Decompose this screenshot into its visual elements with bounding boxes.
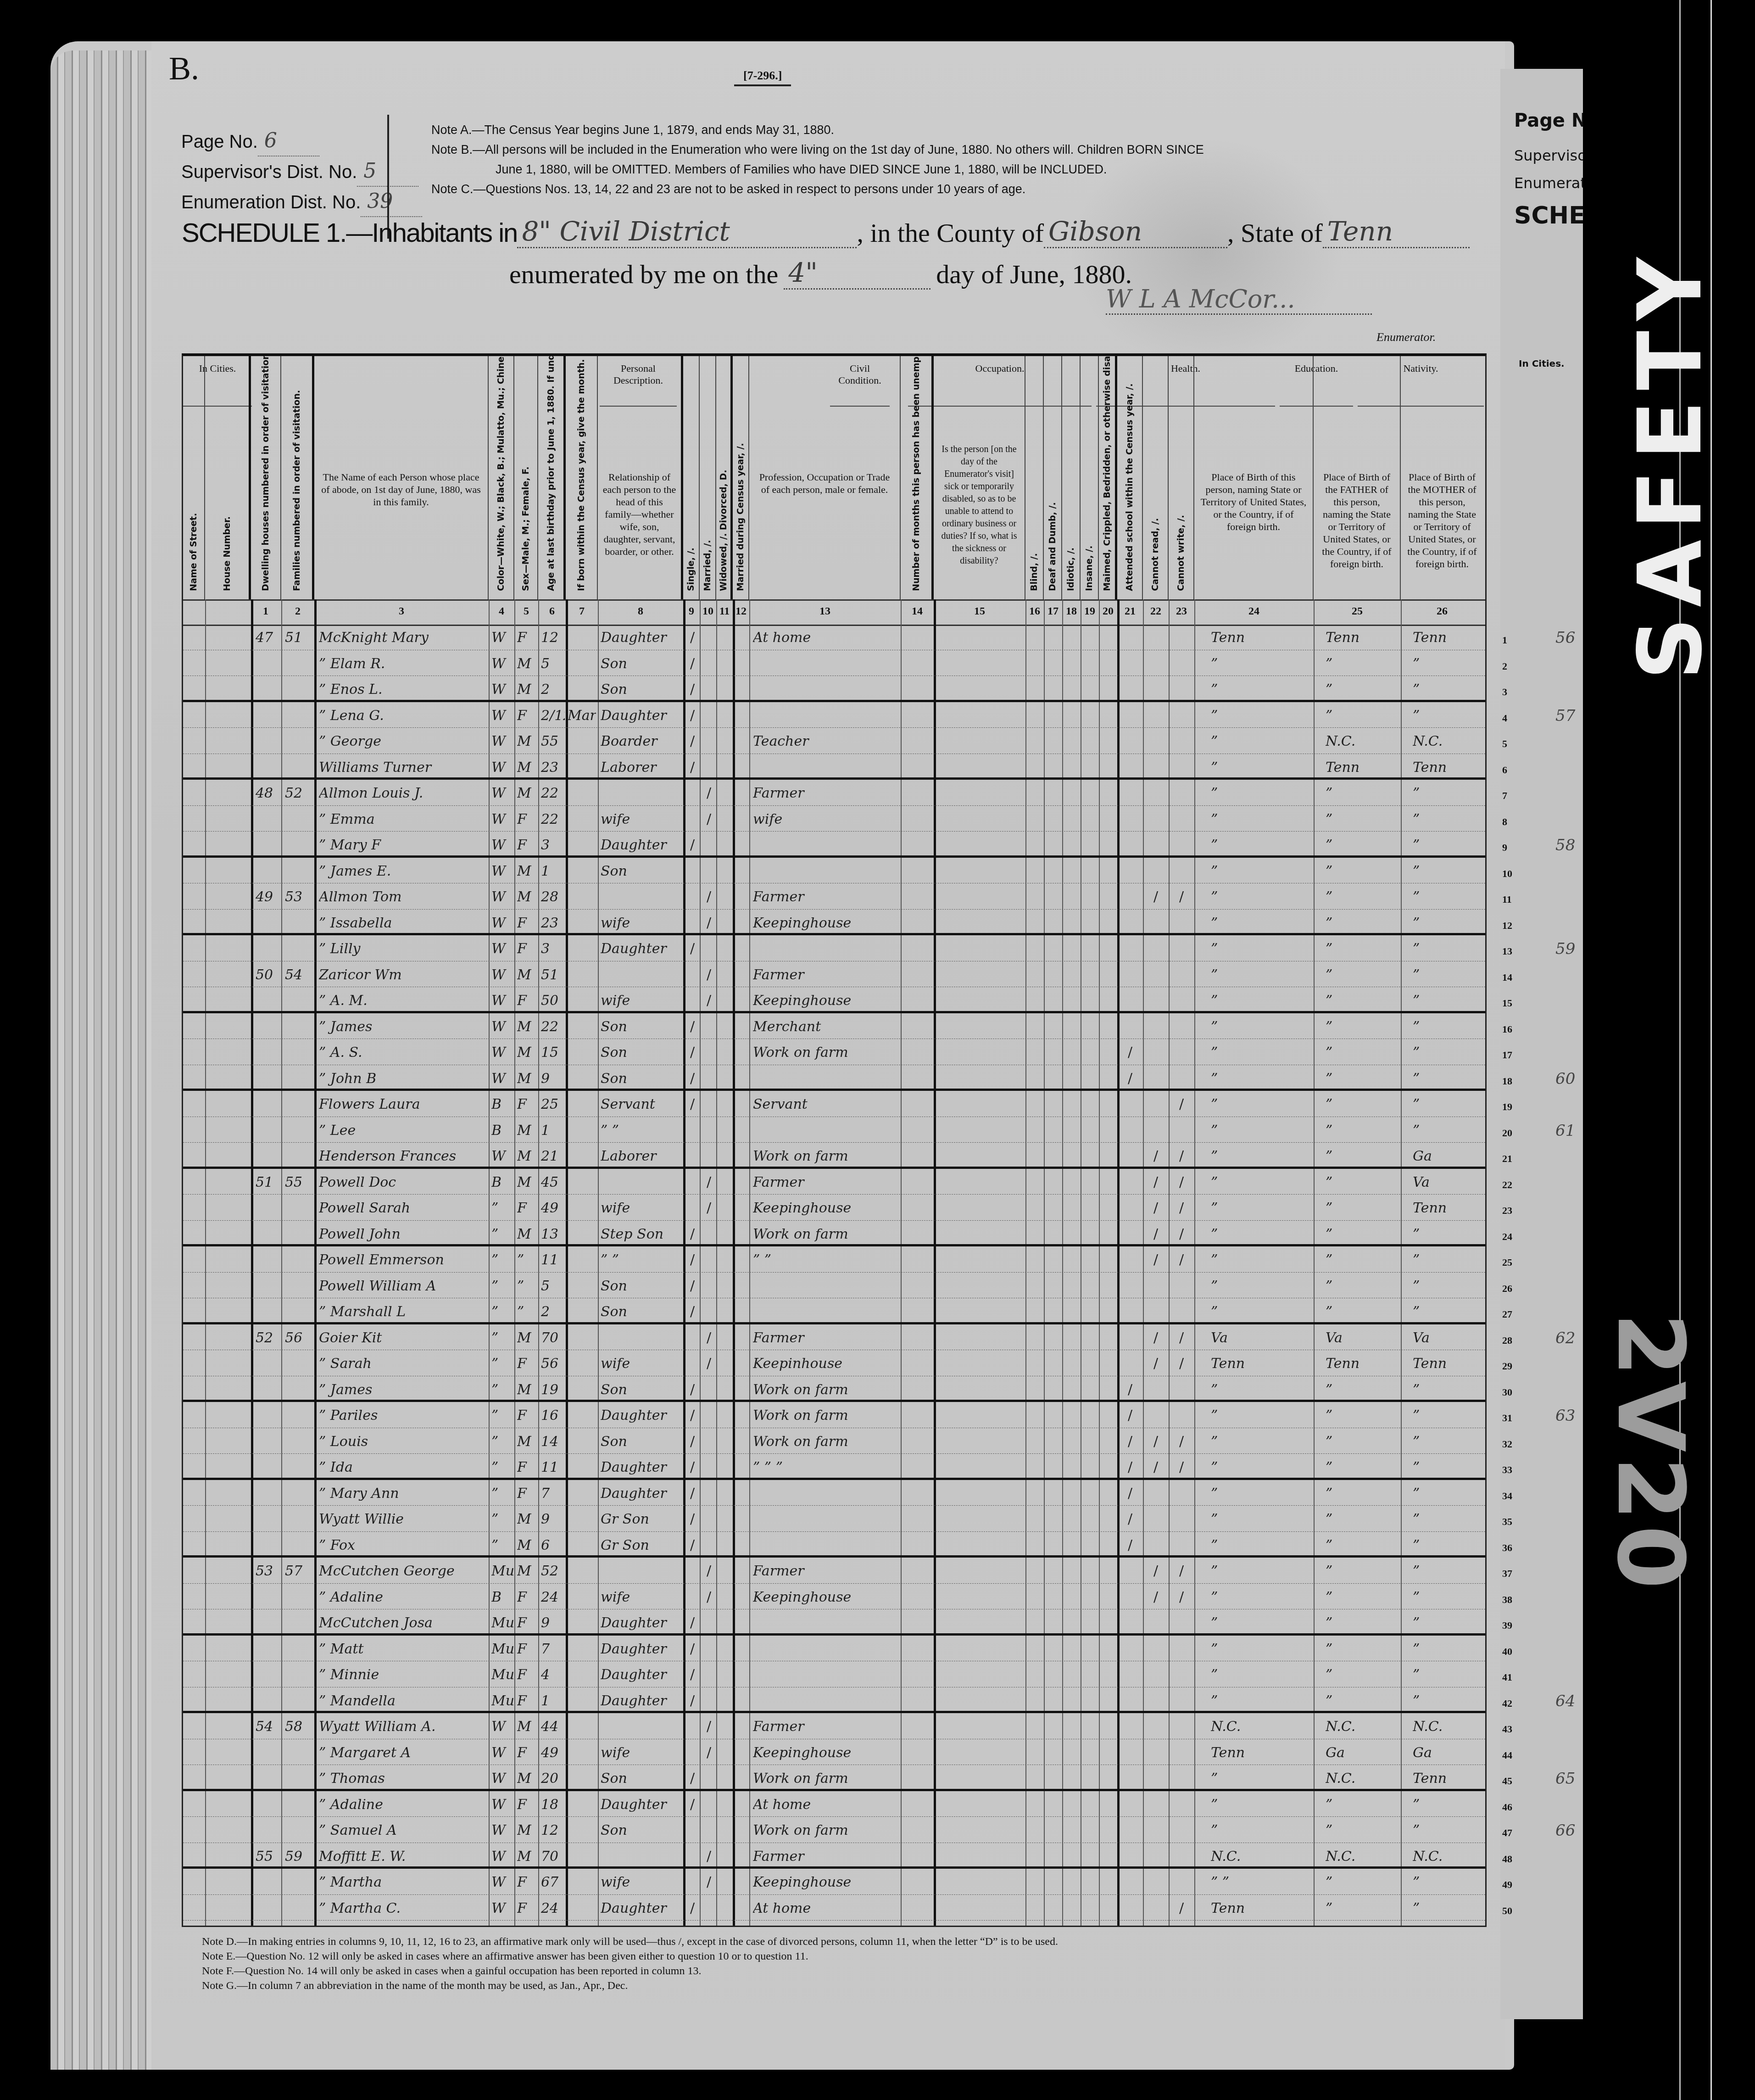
cell-birth: Tenn	[1211, 1356, 1303, 1372]
adj-dwelling-number: 61	[1555, 1122, 1575, 1140]
table-row: ” Marshall L””2Son/”””27	[183, 1298, 1485, 1324]
cell-name: Henderson Frances	[319, 1148, 487, 1164]
cell-relation: Daughter	[601, 1900, 681, 1916]
adj-dwelling-number: 63	[1555, 1407, 1575, 1425]
col-unemployed-header: Number of months this person has been un…	[911, 356, 921, 591]
cell-mother: ”	[1413, 1071, 1482, 1087]
table-row: Powell John”M13Step Son/Work on farm//””…	[183, 1221, 1485, 1247]
adj-dwelling-number: 58	[1555, 836, 1575, 855]
cell-birth: ”	[1211, 1615, 1303, 1631]
cell-color: Mu	[491, 1641, 513, 1657]
cell-color: ”	[491, 1434, 513, 1450]
table-row: ” Mary Ann”F7Daughter//”””34	[183, 1480, 1485, 1506]
table-row: ” Enos L.WM2Son/”””3	[183, 676, 1485, 702]
cell-single: /	[686, 1044, 699, 1061]
cell-family: 52	[285, 785, 312, 801]
cell-age: 20	[541, 1770, 565, 1787]
table-row: Powell Emmerson””11” ”/” ”//”””25	[183, 1246, 1485, 1273]
adj-line-number: 32	[1502, 1438, 1512, 1450]
cell-mother: ”	[1413, 1693, 1482, 1709]
cell-family: 58	[285, 1719, 312, 1735]
cell-mother: ”	[1413, 1252, 1482, 1268]
cell-age: 19	[541, 1382, 565, 1398]
cell-age: 12	[541, 630, 565, 646]
cell-name: ” Matt	[319, 1641, 487, 1657]
cell-mother: Tenn	[1413, 630, 1482, 646]
cell-relation: Daughter	[601, 837, 681, 853]
cell-mother: ”	[1413, 785, 1482, 801]
adj-dwelling-number: 56	[1555, 629, 1575, 647]
cell-birth: ”	[1211, 811, 1303, 827]
col-num-26: 26	[1433, 605, 1451, 618]
cell-school: /	[1121, 1434, 1139, 1450]
cell-family: 53	[285, 889, 312, 905]
cell-name: Wyatt William A.	[319, 1719, 487, 1735]
cell-married: /	[702, 785, 715, 801]
cell-color: W	[491, 1071, 513, 1087]
cell-sex: M	[517, 1226, 537, 1242]
cell-single: /	[686, 1641, 699, 1657]
cell-family: 57	[285, 1563, 312, 1579]
cell-birth: Tenn	[1211, 630, 1303, 646]
cell-single: /	[686, 941, 699, 957]
col-num-14: 14	[908, 605, 926, 618]
col-maimed-header: Maimed, Crippled, Bedridden, or otherwis…	[1102, 356, 1112, 591]
table-row: ” John BWM9Son//”””18	[183, 1065, 1485, 1091]
cell-name: ” A. S.	[319, 1044, 487, 1061]
cell-school: /	[1121, 1511, 1139, 1527]
cell-mother: ”	[1413, 1096, 1482, 1112]
cell-single: /	[686, 1407, 699, 1424]
cell-name: ” Mandella	[319, 1693, 487, 1709]
cell-color: ”	[491, 1537, 513, 1553]
col-num-12: 12	[733, 605, 749, 618]
cell-mother: ”	[1413, 1615, 1482, 1631]
table-row: Williams TurnerWM23Laborer/”TennTenn6	[183, 754, 1485, 780]
instruction-notes: Note A.—The Census Year begins June 1, 1…	[431, 120, 1204, 199]
cell-mother: Ga	[1413, 1745, 1482, 1761]
cell-sex: M	[517, 1123, 537, 1139]
cell-occupation: Farmer	[753, 889, 899, 905]
cell-color: W	[491, 811, 513, 827]
cell-relation: Son	[601, 1822, 681, 1838]
cell-birth: ”	[1211, 681, 1303, 698]
cell-color: W	[491, 941, 513, 957]
adj-line-number: 1	[1502, 634, 1507, 646]
cell-mother: Ga	[1413, 1148, 1482, 1164]
cell-single: /	[686, 708, 699, 724]
note-g: Note G.—In column 7 an abbreviation in t…	[202, 1978, 1058, 1993]
table-row: ” Samuel AWM12SonWork on farm”””47	[183, 1817, 1485, 1843]
cell-color: ”	[491, 1304, 513, 1320]
cell-mother: ”	[1413, 915, 1482, 931]
cell-mother: ”	[1413, 1589, 1482, 1605]
cell-father: ”	[1326, 1900, 1399, 1916]
cell-birth: ”	[1211, 1200, 1303, 1216]
cell-age: 7	[541, 1486, 565, 1502]
cell-occupation: At home	[753, 630, 899, 646]
cell-mother: ”	[1413, 1537, 1482, 1553]
cell-father: ”	[1326, 1123, 1399, 1139]
adj-line-number: 17	[1502, 1049, 1512, 1061]
cell-age: 3	[541, 941, 565, 957]
cell-single: /	[686, 1096, 699, 1112]
cell-sex: M	[517, 1719, 537, 1735]
cell-relation: wife	[601, 1356, 681, 1372]
cell-married: /	[702, 993, 715, 1009]
cell-relation: Step Son	[601, 1226, 681, 1242]
cell-name: ” Louis	[319, 1434, 487, 1450]
cell-sex: M	[517, 1770, 537, 1787]
table-row: ” MattMuF7Daughter/”””40	[183, 1636, 1485, 1662]
cell-father: ”	[1326, 1252, 1399, 1268]
cell-write: /	[1172, 1459, 1191, 1475]
cell-sex: M	[517, 1148, 537, 1164]
cell-single: /	[686, 1071, 699, 1087]
cell-relation: wife	[601, 1589, 681, 1605]
adj-line-number: 18	[1502, 1075, 1512, 1087]
table-row: ” MinnieMuF4Daughter/”””41	[183, 1661, 1485, 1687]
note-f: Note F.—Question No. 14 will only be ask…	[202, 1964, 1058, 1978]
cell-color: W	[491, 681, 513, 698]
adj-line-number: 33	[1502, 1464, 1512, 1476]
schedule-label: SCHEDULE 1.—Inhabitants in	[182, 218, 517, 248]
cell-mother: ”	[1413, 837, 1482, 853]
adj-line-number: 19	[1502, 1101, 1512, 1113]
cell-write: /	[1172, 1356, 1191, 1372]
cell-father: N.C.	[1326, 1719, 1399, 1735]
cell-age: 44	[541, 1719, 565, 1735]
cell-single: /	[686, 1900, 699, 1916]
cell-read: /	[1147, 1563, 1165, 1579]
cell-birth: ”	[1211, 941, 1303, 957]
cell-school: /	[1121, 1407, 1139, 1424]
cell-age: 55	[541, 733, 565, 749]
cell-married: /	[702, 1745, 715, 1761]
cell-age: 1	[541, 1693, 565, 1709]
cell-father: Ga	[1326, 1745, 1399, 1761]
page-no-label: Page No.	[181, 127, 258, 156]
cell-occupation: Farmer	[753, 967, 899, 983]
cell-write: /	[1172, 1226, 1191, 1242]
cell-birth: ”	[1211, 889, 1303, 905]
cell-occupation: Servant	[753, 1096, 899, 1112]
cell-single: /	[686, 1770, 699, 1787]
cell-father: ”	[1326, 993, 1399, 1009]
cell-sex: F	[517, 1797, 537, 1813]
table-row: 4751McKnight MaryWF12Daughter/At homeTen…	[183, 624, 1485, 650]
note-b: Note B.—All persons will be included in …	[431, 140, 1204, 160]
cell-occupation: Keepinghouse	[753, 915, 899, 931]
cell-sex: F	[517, 1745, 537, 1761]
cell-birth: ”	[1211, 1434, 1303, 1450]
cell-mother: N.C.	[1413, 733, 1482, 749]
cell-birth: ”	[1211, 1537, 1303, 1553]
cell-name: ” Ida	[319, 1459, 487, 1475]
adj-line-number: 39	[1502, 1620, 1512, 1631]
adj-line-number: 2	[1502, 660, 1507, 672]
cell-age: 50	[541, 993, 565, 1009]
adj-line-number: 8	[1502, 816, 1507, 828]
cell-father: ”	[1326, 1071, 1399, 1087]
adj-line-number: 5	[1502, 738, 1507, 750]
cell-color: ”	[491, 1486, 513, 1502]
cell-name: ” Martha C.	[319, 1900, 487, 1916]
cell-father: ”	[1326, 1096, 1399, 1112]
cell-single: /	[686, 1252, 699, 1268]
adj-line-number: 40	[1502, 1646, 1512, 1658]
cell-occupation: Work on farm	[753, 1044, 899, 1061]
cell-color: B	[491, 1174, 513, 1190]
adj-in-cities: In Cities.	[1519, 358, 1588, 369]
cell-relation: Son	[601, 1770, 681, 1787]
cell-birth: ”	[1211, 785, 1303, 801]
cell-sex: M	[517, 863, 537, 879]
cell-mother: Tenn	[1413, 1770, 1482, 1787]
cell-mother: ”	[1413, 863, 1482, 879]
table-row: ” Pariles”F16Daughter/Work on farm/”””31	[183, 1402, 1485, 1428]
cell-name: Powell William A	[319, 1278, 487, 1294]
cell-name: ” Fox	[319, 1537, 487, 1553]
col-name-header: The Name of each Person whose place of a…	[319, 471, 483, 508]
cell-sex: ”	[517, 1252, 537, 1268]
cell-relation: wife	[601, 1200, 681, 1216]
cell-age: 11	[541, 1252, 565, 1268]
cell-age: 45	[541, 1174, 565, 1190]
cell-mother: ”	[1413, 708, 1482, 724]
cell-sex: F	[517, 1486, 537, 1502]
table-row: ” EmmaWF22wife/wife”””8	[183, 806, 1485, 832]
cell-color: ”	[491, 1511, 513, 1527]
table-row: 5256Goier Kit”M70/Farmer//VaVaVa28	[183, 1324, 1485, 1351]
cell-name: ” Samuel A	[319, 1822, 487, 1838]
cell-name: Powell Sarah	[319, 1200, 487, 1216]
adj-line-number: 37	[1502, 1568, 1512, 1580]
cell-sex: F	[517, 993, 537, 1009]
cell-birth: ”	[1211, 656, 1303, 672]
table-row: ” Fox”M6Gr Son//”””36	[183, 1532, 1485, 1558]
cell-age: 21	[541, 1148, 565, 1164]
cell-name: Wyatt Willie	[319, 1511, 487, 1527]
cell-occupation: Farmer	[753, 1330, 899, 1346]
col-cannot-read-header: Cannot read, /.	[1150, 518, 1160, 591]
adj-line-number: 31	[1502, 1412, 1512, 1424]
cell-color: W	[491, 1797, 513, 1813]
cell-mother: ”	[1413, 1434, 1482, 1450]
cell-father: ”	[1326, 1382, 1399, 1398]
cell-color: W	[491, 1822, 513, 1838]
adj-line-number: 50	[1502, 1905, 1512, 1917]
col-family-header: Families numbered in order of visitation…	[292, 390, 302, 591]
cell-mother: Tenn	[1413, 760, 1482, 776]
cell-read: /	[1147, 1226, 1165, 1242]
cell-name: ” James	[319, 1382, 487, 1398]
adj-line-number: 27	[1502, 1308, 1512, 1320]
cell-sex: M	[517, 1822, 537, 1838]
col-num-17: 17	[1044, 605, 1062, 618]
table-row: 4953Allmon TomWM28/Farmer//”””11	[183, 883, 1485, 910]
state-label: , State of	[1227, 218, 1323, 248]
cell-married: /	[702, 889, 715, 905]
table-row: ” MandellaMuF1Daughter/”””42	[183, 1687, 1485, 1714]
cell-mother: Va	[1413, 1330, 1482, 1346]
cell-relation: Daughter	[601, 1693, 681, 1709]
cell-age: 28	[541, 889, 565, 905]
cell-relation: Gr Son	[601, 1511, 681, 1527]
cell-name: ” Lee	[319, 1123, 487, 1139]
col-blind-header: Blind, /.	[1029, 553, 1039, 591]
county-value: Gibson	[1044, 216, 1227, 248]
col-sickness-header: Is the person [on the day of the Enumera…	[938, 443, 1020, 567]
col-widowed-header: Widowed, /. Divorced, D.	[719, 470, 729, 591]
col-num-23: 23	[1172, 605, 1191, 618]
note-e: Note E.—Question No. 12 will only be ask…	[202, 1949, 1058, 1964]
cell-name: ” Mary F	[319, 837, 487, 853]
table-row: ” IssabellaWF23wife/Keepinghouse”””12	[183, 910, 1485, 936]
cell-birth: ”	[1211, 1252, 1303, 1268]
table-row: ” James”M19Son/Work on farm/”””30	[183, 1376, 1485, 1402]
cell-family: 51	[285, 630, 312, 646]
cell-father: ”	[1326, 1200, 1399, 1216]
col-married-year-header: Married during Census year, /.	[735, 443, 746, 591]
adj-line-number: 25	[1502, 1257, 1512, 1268]
adj-line-number: 16	[1502, 1023, 1512, 1035]
cell-name: ” Emma	[319, 811, 487, 827]
adj-dwelling-number: 64	[1555, 1692, 1575, 1710]
cell-relation: Daughter	[601, 1615, 681, 1631]
cell-mother: ”	[1413, 1563, 1482, 1579]
cell-birth: Tenn	[1211, 1900, 1303, 1916]
cell-birth: ”	[1211, 1407, 1303, 1424]
cell-name: ” Thomas	[319, 1770, 487, 1787]
cell-dwelling: 53	[256, 1563, 279, 1579]
cell-age: 11	[541, 1459, 565, 1475]
cell-occupation: Keepinghouse	[753, 1589, 899, 1605]
cell-relation: Daughter	[601, 1459, 681, 1475]
cell-married: /	[702, 1849, 715, 1865]
cell-color: W	[491, 915, 513, 931]
cell-name: Allmon Tom	[319, 889, 487, 905]
adj-line-number: 49	[1502, 1879, 1512, 1891]
cell-married: /	[702, 811, 715, 827]
cell-mother: ”	[1413, 1382, 1482, 1398]
adj-line-number: 4	[1502, 712, 1507, 724]
adj-schedule-label: SCHEDUL	[1514, 202, 1583, 229]
cell-relation: Laborer	[601, 760, 681, 776]
cell-name: ” Lena G.	[319, 708, 487, 724]
cell-write: /	[1172, 1330, 1191, 1346]
day-value: 4"	[784, 257, 930, 290]
cell-married: /	[702, 1330, 715, 1346]
cell-color: W	[491, 733, 513, 749]
cell-birth: ”	[1211, 1044, 1303, 1061]
adj-line-number: 10	[1502, 868, 1512, 880]
cell-sex: F	[517, 1667, 537, 1683]
col-num-15: 15	[970, 605, 989, 618]
cell-mother: ”	[1413, 811, 1482, 827]
cell-father: ”	[1326, 1511, 1399, 1527]
cell-name: ” James	[319, 1019, 487, 1035]
enumeration-dist-label: Enumeration Dist. No.	[181, 188, 361, 217]
adj-line-number: 7	[1502, 790, 1507, 802]
cell-relation: Son	[601, 1304, 681, 1320]
cell-birth: N.C.	[1211, 1719, 1303, 1735]
col-num-6: 6	[543, 605, 561, 618]
table-row: Powell William A””5Son/”””26	[183, 1273, 1485, 1299]
cell-sex: M	[517, 1174, 537, 1190]
table-row: ” Martha C.WF24Daughter/At home/Tenn””50	[183, 1895, 1485, 1921]
cell-age: 4	[541, 1667, 565, 1683]
cell-relation: Servant	[601, 1096, 681, 1112]
cell-mother: ”	[1413, 993, 1482, 1009]
col-father-birthplace-header: Place of Birth of the FATHER of this per…	[1318, 471, 1395, 570]
cell-sex: F	[517, 1589, 537, 1605]
cell-color: ”	[491, 1278, 513, 1294]
cell-father: ”	[1326, 785, 1399, 801]
cell-father: ”	[1326, 1537, 1399, 1553]
cell-sex: F	[517, 1096, 537, 1112]
cell-birth: ”	[1211, 1693, 1303, 1709]
table-row: 5357McCutchen GeorgeMuM52/Farmer//”””37	[183, 1558, 1485, 1584]
col-num-3: 3	[392, 605, 411, 618]
cell-birth: ”	[1211, 1019, 1303, 1035]
cell-occupation: Work on farm	[753, 1770, 899, 1787]
col-num-8: 8	[631, 605, 650, 618]
table-row: ” Lena G.WF2/12MarDaughter/”””4	[183, 702, 1485, 728]
adj-dwelling-number: 60	[1555, 1070, 1575, 1088]
cell-birth: Tenn	[1211, 1745, 1303, 1761]
col-num-22: 22	[1147, 605, 1165, 618]
cell-relation: ” ”	[601, 1252, 681, 1268]
adj-line-number: 45	[1502, 1775, 1512, 1787]
cell-dwelling: 54	[256, 1719, 279, 1735]
cell-mother: ”	[1413, 1019, 1482, 1035]
col-num-20: 20	[1099, 605, 1117, 618]
cell-birth: ”	[1211, 733, 1303, 749]
col-num-21: 21	[1121, 605, 1139, 618]
cell-color: ”	[491, 1252, 513, 1268]
cell-relation: Daughter	[601, 708, 681, 724]
cell-father: ”	[1326, 837, 1399, 853]
cell-single: /	[686, 1537, 699, 1553]
cell-sex: F	[517, 915, 537, 931]
cell-sex: M	[517, 1849, 537, 1865]
cell-name: ” Enos L.	[319, 681, 487, 698]
cell-write: /	[1172, 1096, 1191, 1112]
cell-name: ” Mary Ann	[319, 1486, 487, 1502]
adj-line-number: 21	[1502, 1153, 1512, 1165]
cell-single: /	[686, 1226, 699, 1242]
cell-birth: ”	[1211, 967, 1303, 983]
cell-relation: Son	[601, 1278, 681, 1294]
cell-sex: M	[517, 656, 537, 672]
cell-occupation: At home	[753, 1900, 899, 1916]
cell-name: Powell Doc	[319, 1174, 487, 1190]
enumeration-dist-value: 39	[361, 187, 422, 217]
cell-father: ”	[1326, 967, 1399, 983]
table-row: ” MarthaWF67wife/Keepinghouse” ”””49	[183, 1869, 1485, 1895]
col-mother-birthplace-header: Place of Birth of the MOTHER of this per…	[1405, 471, 1479, 570]
cell-married: /	[702, 1356, 715, 1372]
cell-relation: wife	[601, 915, 681, 931]
cell-birth: ”	[1211, 1278, 1303, 1294]
cell-mother: ”	[1413, 1641, 1482, 1657]
adj-line-number: 43	[1502, 1723, 1512, 1735]
column-number-row: 1 2 3 4 5 6 7 8 9 10 11 12 13 14 15 16 1…	[183, 599, 1485, 626]
cell-school: /	[1121, 1071, 1139, 1087]
cell-write: /	[1172, 1252, 1191, 1268]
cell-color: ”	[491, 1356, 513, 1372]
